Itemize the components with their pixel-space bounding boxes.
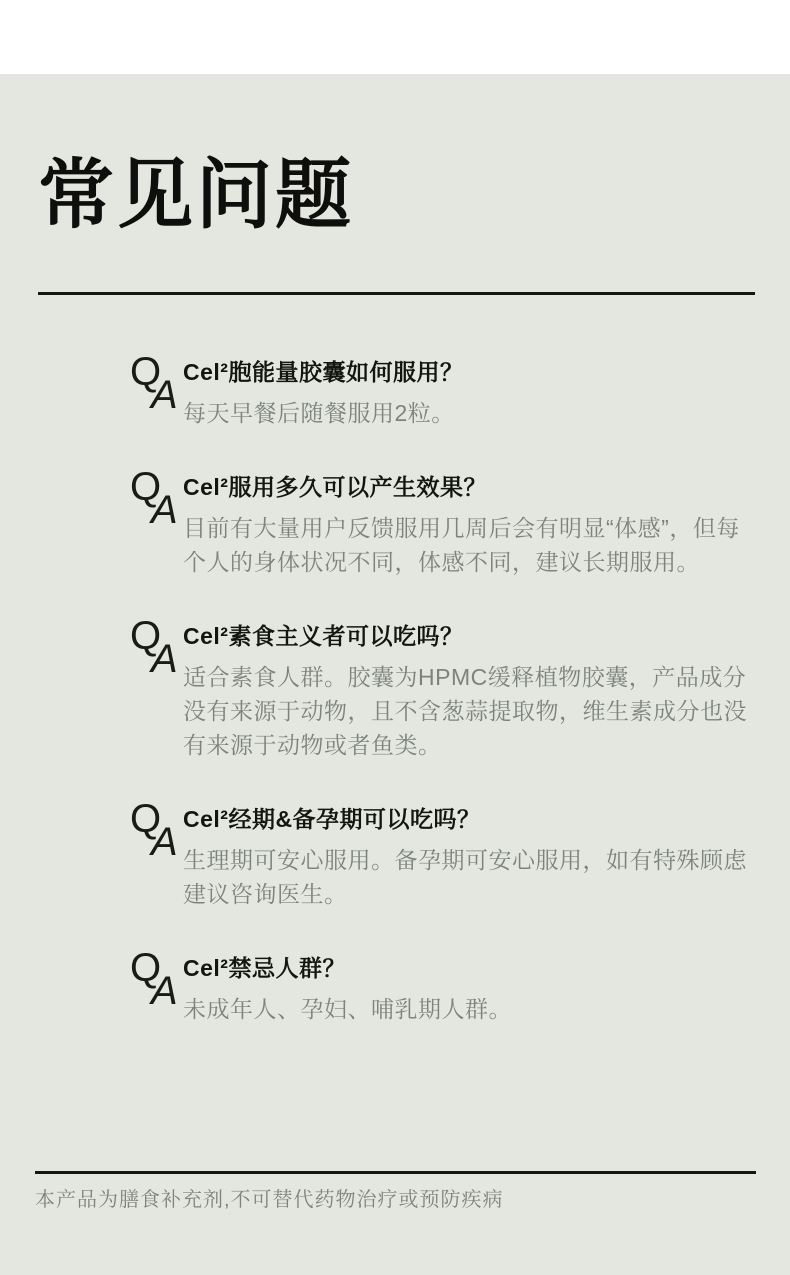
qa-monogram-icon: Q A — [130, 948, 183, 1010]
faq-answer: 每天早餐后随餐服用2粒。 — [183, 396, 755, 430]
qa-text: Cel²经期&备孕期可以吃吗？ 生理期可安心服用。备孕期可安心服用，如有特殊顾虑… — [183, 804, 755, 911]
qa-text: Cel²素食主义者可以吃吗？ 适合素食人群。胶囊为HPMC缓释植物胶囊，产品成分… — [183, 621, 755, 762]
qa-monogram-icon: Q A — [130, 467, 183, 529]
footer: 本产品为膳食补充剂,不可替代药物治疗或预防疾病 — [35, 1171, 756, 1213]
qa-monogram-icon: Q A — [130, 799, 183, 861]
a-letter: A — [151, 822, 178, 862]
a-letter: A — [151, 375, 178, 415]
divider-bottom — [35, 1171, 756, 1174]
faq-answer: 未成年人、孕妇、哺乳期人群。 — [183, 992, 755, 1026]
faq-question: Cel²禁忌人群？ — [183, 953, 755, 983]
qa-monogram-icon: Q A — [130, 352, 183, 414]
faq-item: Q A Cel²禁忌人群？ 未成年人、孕妇、哺乳期人群。 — [130, 953, 755, 1026]
faq-answer: 目前有大量用户反馈服用几周后会有明显“体感”，但每个人的身体状况不同，体感不同，… — [183, 511, 755, 579]
a-letter: A — [151, 490, 178, 530]
faq-item: Q A Cel²胞能量胶囊如何服用？ 每天早餐后随餐服用2粒。 — [130, 357, 755, 430]
page-title: 常见问题 — [38, 74, 755, 236]
qa-text: Cel²胞能量胶囊如何服用？ 每天早餐后随餐服用2粒。 — [183, 357, 755, 430]
faq-list: Q A Cel²胞能量胶囊如何服用？ 每天早餐后随餐服用2粒。 Q A Cel²… — [130, 357, 755, 1026]
a-letter: A — [151, 971, 178, 1011]
faq-section: 常见问题 Q A Cel²胞能量胶囊如何服用？ 每天早餐后随餐服用2粒。 Q A… — [0, 74, 790, 1275]
faq-answer: 适合素食人群。胶囊为HPMC缓释植物胶囊，产品成分没有来源于动物，且不含葱蒜提取… — [183, 660, 755, 762]
faq-question: Cel²经期&备孕期可以吃吗？ — [183, 804, 755, 834]
faq-item: Q A Cel²经期&备孕期可以吃吗？ 生理期可安心服用。备孕期可安心服用，如有… — [130, 804, 755, 911]
faq-item: Q A Cel²素食主义者可以吃吗？ 适合素食人群。胶囊为HPMC缓释植物胶囊，… — [130, 621, 755, 762]
qa-monogram-icon: Q A — [130, 616, 183, 678]
faq-question: Cel²胞能量胶囊如何服用？ — [183, 357, 755, 387]
divider-top — [38, 292, 755, 295]
a-letter: A — [151, 639, 178, 679]
disclaimer-text: 本产品为膳食补充剂,不可替代药物治疗或预防疾病 — [35, 1187, 756, 1213]
qa-text: Cel²禁忌人群？ 未成年人、孕妇、哺乳期人群。 — [183, 953, 755, 1026]
faq-question: Cel²服用多久可以产生效果？ — [183, 472, 755, 502]
qa-text: Cel²服用多久可以产生效果？ 目前有大量用户反馈服用几周后会有明显“体感”，但… — [183, 472, 755, 579]
faq-answer: 生理期可安心服用。备孕期可安心服用，如有特殊顾虑建议咨询医生。 — [183, 843, 755, 911]
faq-item: Q A Cel²服用多久可以产生效果？ 目前有大量用户反馈服用几周后会有明显“体… — [130, 472, 755, 579]
faq-question: Cel²素食主义者可以吃吗？ — [183, 621, 755, 651]
